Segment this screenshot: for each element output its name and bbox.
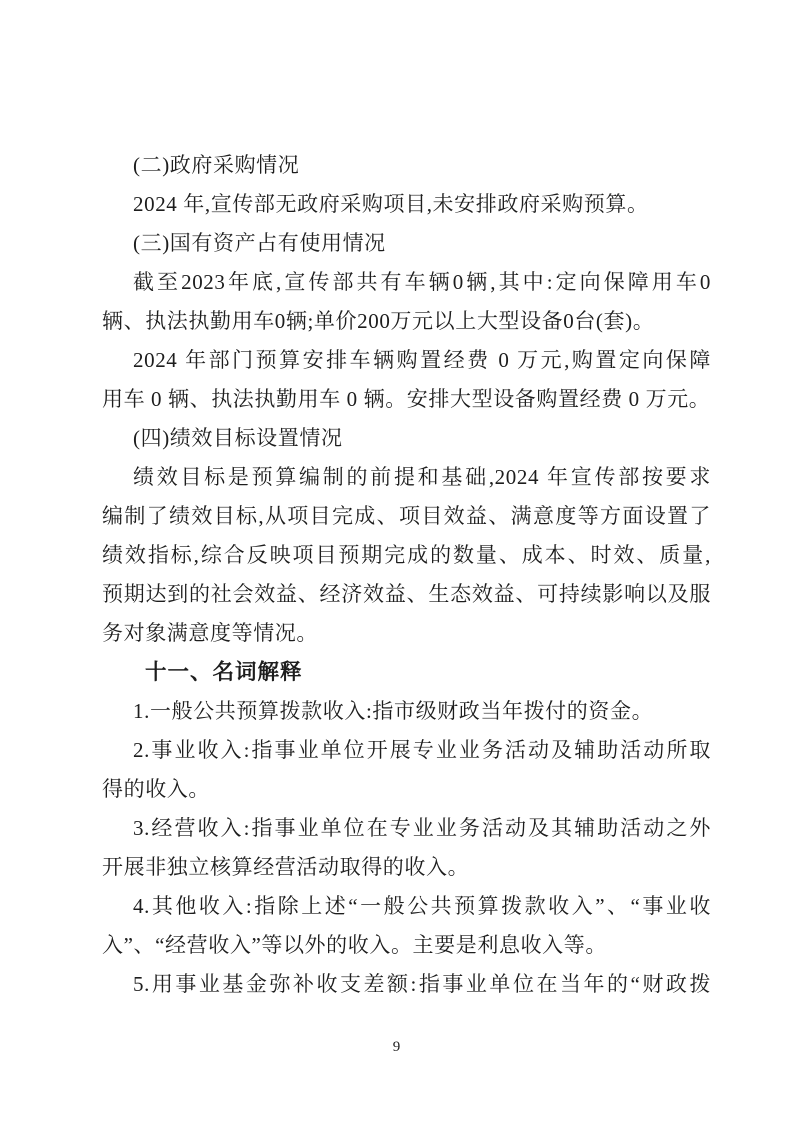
glossary-item-1: 1.一般公共预算拨款收入:指市级财政当年拨付的资金。 bbox=[102, 692, 711, 731]
body-line: 2024 年,宣传部无政府采购项目,未安排政府采购预算。 bbox=[102, 185, 711, 224]
glossary-item-3: 3.经营收入:指事业单位在专业业务活动及其辅助活动之外 bbox=[102, 809, 711, 848]
body-line: 预期达到的社会效益、经济效益、生态效益、可持续影响以及服 bbox=[102, 575, 711, 614]
body-line: 辆、执法执勤用车0辆;单价200万元以上大型设备0台(套)。 bbox=[102, 302, 711, 341]
body-line: 入”、“经营收入”等以外的收入。主要是利息收入等。 bbox=[102, 926, 711, 965]
document-page: (二)政府采购情况 2024 年,宣传部无政府采购项目,未安排政府采购预算。 (… bbox=[0, 0, 793, 1122]
body-line: 截至2023年底,宣传部共有车辆0辆,其中:定向保障用车0 bbox=[102, 263, 711, 302]
body-line: 绩效目标是预算编制的前提和基础,2024 年宣传部按要求 bbox=[102, 458, 711, 497]
body-line: 绩效指标,综合反映项目预期完成的数量、成本、时效、质量, bbox=[102, 536, 711, 575]
body-line: 编制了绩效目标,从项目完成、项目效益、满意度等方面设置了 bbox=[102, 497, 711, 536]
glossary-item-2: 2.事业收入:指事业单位开展专业业务活动及辅助活动所取 bbox=[102, 731, 711, 770]
body-line: 开展非独立核算经营活动取得的收入。 bbox=[102, 848, 711, 887]
body-line: 务对象满意度等情况。 bbox=[102, 614, 711, 653]
subsection-heading-gov-procurement: (二)政府采购情况 bbox=[102, 146, 711, 185]
glossary-item-5: 5.用事业基金弥补收支差额:指事业单位在当年的“财政拨 bbox=[102, 965, 711, 1004]
page-number: 9 bbox=[0, 1038, 793, 1056]
body-line: 用车 0 辆、执法执勤用车 0 辆。安排大型设备购置经费 0 万元。 bbox=[102, 380, 711, 419]
body-line: 2024 年部门预算安排车辆购置经费 0 万元,购置定向保障 bbox=[102, 341, 711, 380]
body-line: 得的收入。 bbox=[102, 770, 711, 809]
document-body: (二)政府采购情况 2024 年,宣传部无政府采购项目,未安排政府采购预算。 (… bbox=[102, 146, 711, 1004]
subsection-heading-state-assets: (三)国有资产占有使用情况 bbox=[102, 224, 711, 263]
section-heading-glossary: 十一、名词解释 bbox=[102, 653, 711, 692]
subsection-heading-performance-goals: (四)绩效目标设置情况 bbox=[102, 419, 711, 458]
glossary-item-4: 4.其他收入:指除上述“一般公共预算拨款收入”、“事业收 bbox=[102, 887, 711, 926]
